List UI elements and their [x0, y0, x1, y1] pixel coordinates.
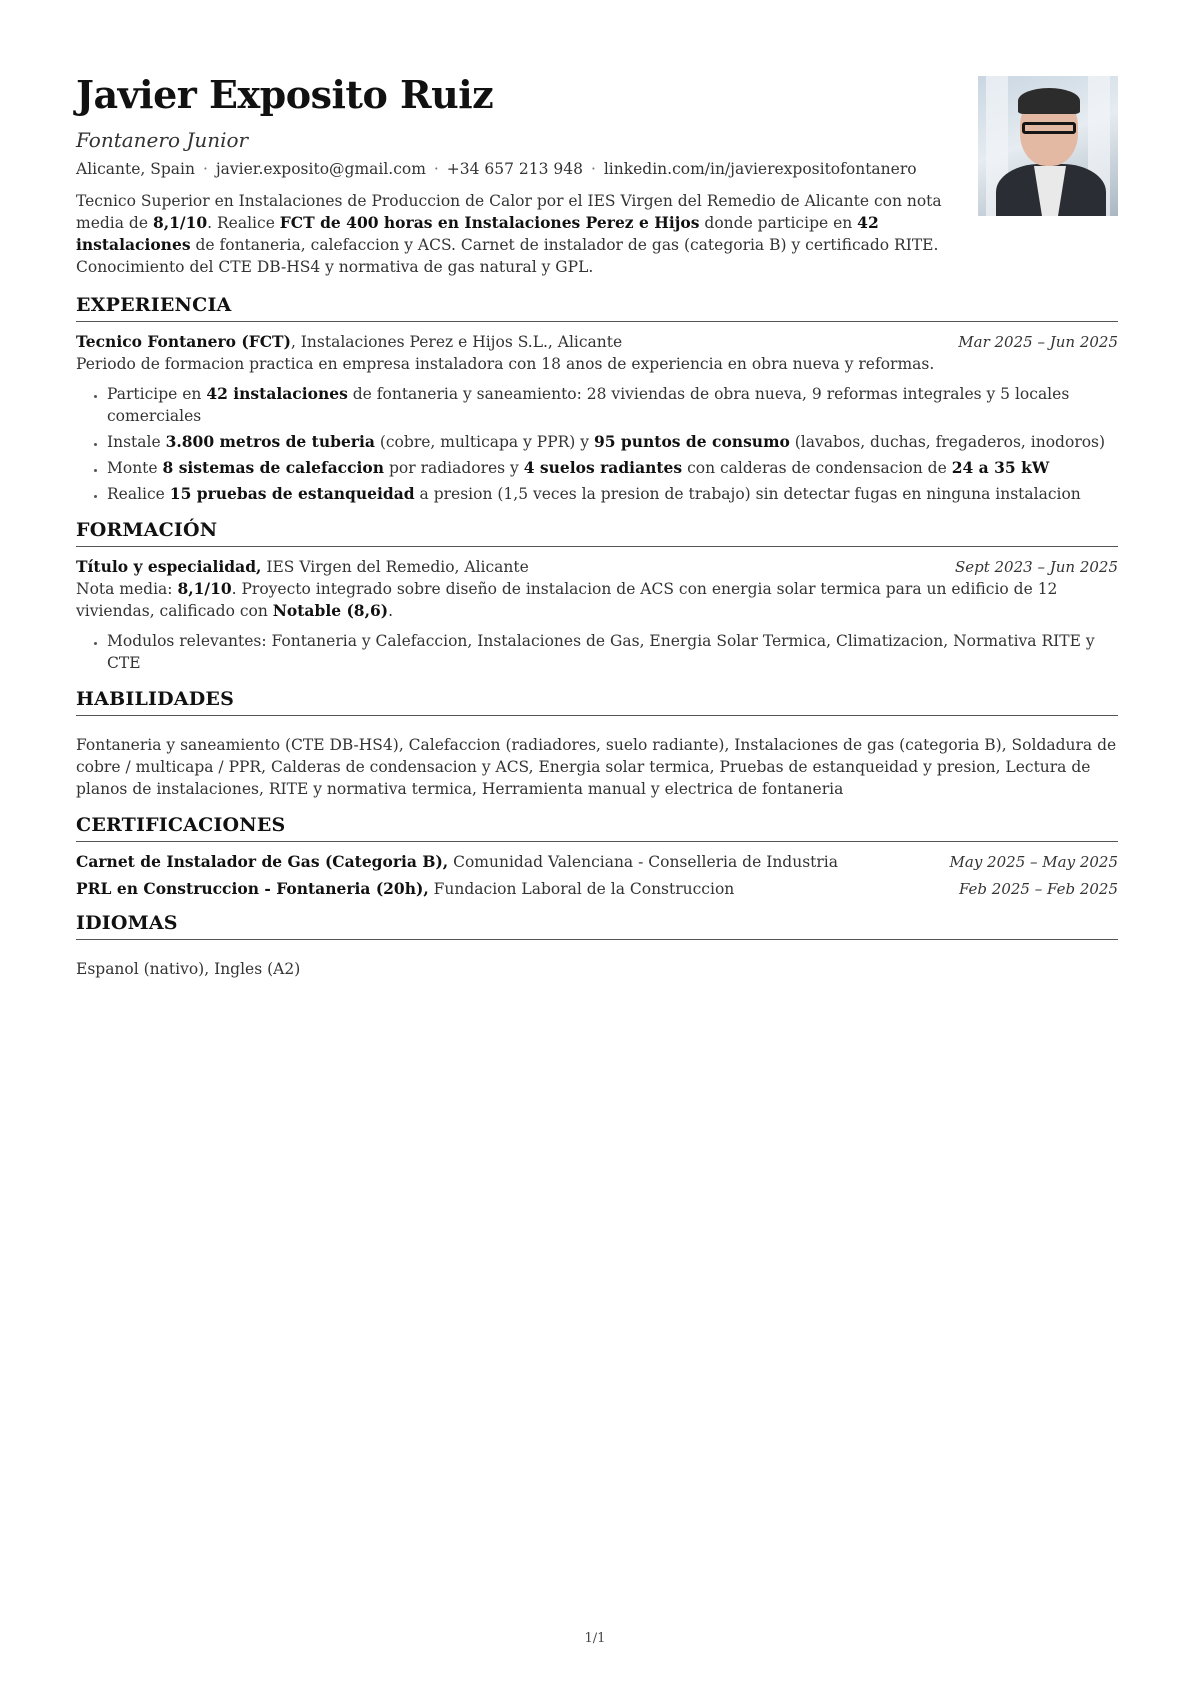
section-title-skills: HABILIDADES: [76, 688, 1118, 716]
section-title-languages: IDIOMAS: [76, 912, 1118, 940]
separator: ·: [588, 160, 599, 178]
education-section: FORMACIÓN Título y especialidad, IES Vir…: [76, 519, 1118, 674]
certification-name: Carnet de Instalador de Gas (Categoria B…: [76, 852, 448, 871]
contact-linkedin[interactable]: linkedin.com/in/javierexpositofontanero: [604, 160, 917, 178]
education-entry-header: Título y especialidad, IES Virgen del Re…: [76, 557, 1118, 576]
summary-text: . Realice: [207, 214, 280, 232]
experience-description: Periodo de formacion practica en empresa…: [76, 353, 1118, 375]
separator: ·: [200, 160, 211, 178]
section-title-education: FORMACIÓN: [76, 519, 1118, 547]
certification-item: Carnet de Instalador de Gas (Categoria B…: [76, 852, 1118, 871]
education-date: Sept 2023 – Jun 2025: [955, 558, 1118, 576]
profile-photo: [978, 76, 1118, 216]
experience-entry-header: Tecnico Fontanero (FCT), Instalaciones P…: [76, 332, 1118, 351]
languages-section: IDIOMAS Espanol (nativo), Ingles (A2): [76, 912, 1118, 980]
page-number: 1/1: [0, 1631, 1190, 1646]
education-bullets: Modulos relevantes: Fontaneria y Calefac…: [76, 630, 1118, 674]
certification-date: Feb 2025 – Feb 2025: [959, 880, 1118, 898]
list-item: Monte 8 sistemas de calefaccion por radi…: [107, 457, 1118, 479]
experience-date: Mar 2025 – Jun 2025: [958, 333, 1118, 351]
certification-issuer: Fundacion Laboral de la Construccion: [429, 880, 735, 898]
company-name: , Instalaciones Perez e Hijos S.L., Alic…: [291, 333, 622, 351]
separator: ·: [431, 160, 442, 178]
section-title-experience: EXPERIENCIA: [76, 294, 1118, 322]
resume-page: Javier Exposito Ruiz Fontanero Junior Al…: [76, 70, 1118, 980]
summary-highlight: FCT de 400 horas en Instalaciones Perez …: [280, 213, 700, 232]
experience-bullets: Participe en 42 instalaciones de fontane…: [76, 383, 1118, 505]
summary-highlight: 8,1/10: [153, 213, 207, 232]
list-item: Realice 15 pruebas de estanqueidad a pre…: [107, 483, 1118, 505]
position-title: Tecnico Fontanero (FCT): [76, 332, 291, 351]
candidate-name: Javier Exposito Ruiz: [76, 74, 493, 116]
contact-phone[interactable]: +34 657 213 948: [447, 160, 583, 178]
skills-text: Fontaneria y saneamiento (CTE DB-HS4), C…: [76, 734, 1118, 800]
education-description: Nota media: 8,1/10. Proyecto integrado s…: [76, 578, 1118, 622]
skills-section: HABILIDADES Fontaneria y saneamiento (CT…: [76, 688, 1118, 800]
list-item: Instale 3.800 metros de tuberia (cobre, …: [107, 431, 1118, 453]
degree-title: Título y especialidad,: [76, 557, 261, 576]
contact-line: Alicante, Spain · javier.exposito@gmail.…: [76, 160, 917, 178]
school-name: IES Virgen del Remedio, Alicante: [261, 558, 528, 576]
list-item: Modulos relevantes: Fontaneria y Calefac…: [107, 630, 1118, 674]
certifications-section: CERTIFICACIONES Carnet de Instalador de …: [76, 814, 1118, 898]
certification-issuer: Comunidad Valenciana - Conselleria de In…: [448, 853, 838, 871]
certification-item: PRL en Construccion - Fontaneria (20h), …: [76, 879, 1118, 898]
summary-text: donde participe en: [699, 214, 857, 232]
languages-text: Espanol (nativo), Ingles (A2): [76, 958, 1118, 980]
section-title-certifications: CERTIFICACIONES: [76, 814, 1118, 842]
summary-text: de fontaneria, calefaccion y ACS. Carnet…: [76, 236, 938, 276]
resume-header: Javier Exposito Ruiz Fontanero Junior Al…: [76, 70, 1118, 280]
certification-date: May 2025 – May 2025: [950, 853, 1118, 871]
contact-email[interactable]: javier.exposito@gmail.com: [216, 160, 426, 178]
contact-location: Alicante, Spain: [76, 160, 195, 178]
experience-section: EXPERIENCIA Tecnico Fontanero (FCT), Ins…: [76, 294, 1118, 505]
profile-summary: Tecnico Superior en Instalaciones de Pro…: [76, 190, 956, 278]
certification-name: PRL en Construccion - Fontaneria (20h),: [76, 879, 429, 898]
job-title: Fontanero Junior: [76, 128, 248, 152]
list-item: Participe en 42 instalaciones de fontane…: [107, 383, 1118, 427]
